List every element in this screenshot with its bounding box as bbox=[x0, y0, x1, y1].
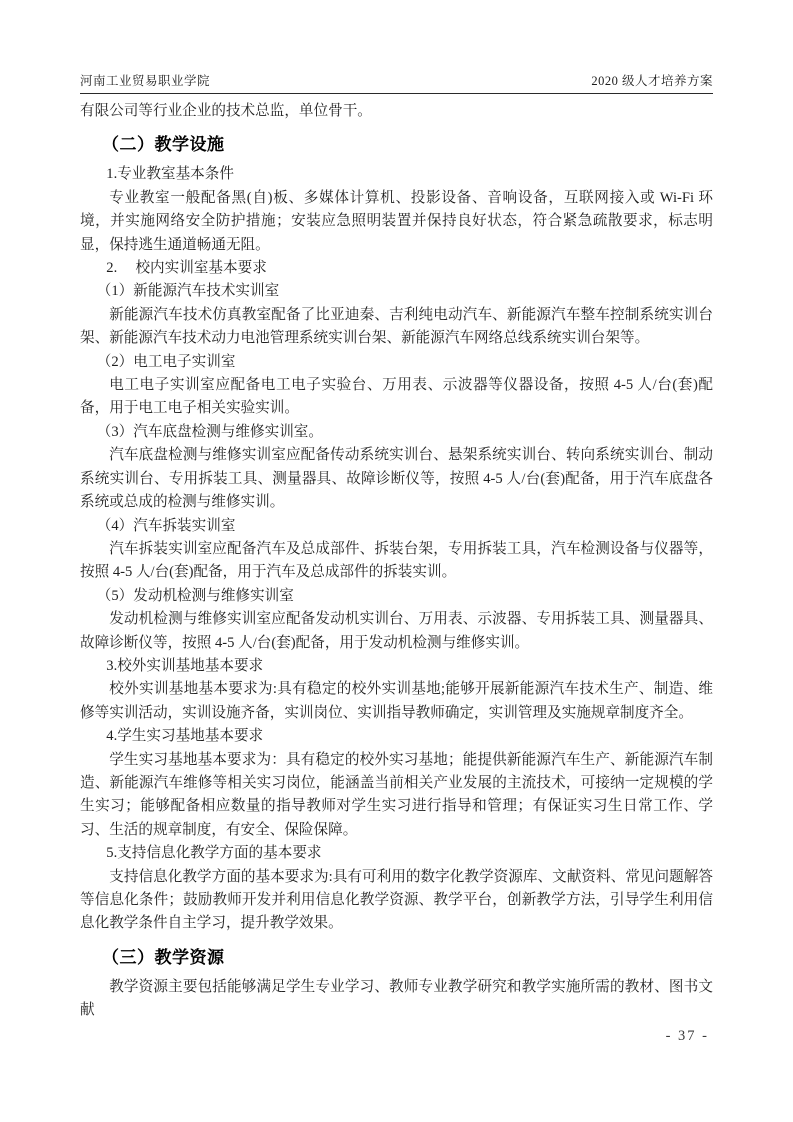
doc-paragraph-continued: 有限公司等行业企业的技术总监，单位骨干。 bbox=[80, 100, 713, 123]
list-item: 2. 校内实训室基本要求 bbox=[80, 257, 713, 280]
doc-paragraph: 专业教室一般配备黑(自)板、多媒体计算机、投影设备、音响设备，互联网接入或 Wi… bbox=[80, 187, 713, 257]
doc-paragraph: 校外实训基地基本要求为:具有稳定的校外实训基地;能够开展新能源汽车技术生产、制造… bbox=[80, 678, 713, 725]
header-school-name: 河南工业贸易职业学院 bbox=[80, 71, 210, 89]
doc-paragraph: 新能源汽车技术仿真教室配备了比亚迪秦、吉利纯电动汽车、新能源汽车整车控制系统实训… bbox=[80, 304, 713, 351]
list-item: 5.支持信息化教学方面的基本要求 bbox=[80, 842, 713, 865]
doc-paragraph: 电工电子实训室应配备电工电子实验台、万用表、示波器等仪器设备，按照 4-5 人/… bbox=[80, 374, 713, 421]
page-header: 河南工业贸易职业学院 2020 级人才培养方案 bbox=[80, 71, 713, 94]
doc-paragraph: 支持信息化教学方面的基本要求为:具有可利用的数字化教学资源库、文献资料、常见问题… bbox=[80, 866, 713, 936]
list-item: （2）电工电子实训室 bbox=[80, 351, 713, 374]
doc-paragraph: 汽车拆装实训室应配备汽车及总成部件、拆装台架，专用拆装工具，汽车检测设备与仪器等… bbox=[80, 538, 713, 585]
list-item: （3）汽车底盘检测与维修实训室。 bbox=[80, 421, 713, 444]
doc-paragraph: 学生实习基地基本要求为：具有稳定的校外实习基地；能提供新能源汽车生产、新能源汽车… bbox=[80, 749, 713, 843]
list-item: 1.专业教室基本条件 bbox=[80, 163, 713, 186]
header-document-title: 2020 级人才培养方案 bbox=[591, 71, 713, 89]
page-number: - 37 - bbox=[666, 1028, 709, 1044]
section-heading-teaching-resources: （三）教学资源 bbox=[80, 946, 713, 970]
doc-paragraph: 教学资源主要包括能够满足学生专业学习、教师专业教学研究和教学实施所需的教材、图书… bbox=[80, 976, 713, 1023]
doc-paragraph: 汽车底盘检测与维修实训室应配备传动系统实训台、悬架系统实训台、转向系统实训台、制… bbox=[80, 444, 713, 514]
list-item: 4.学生实习基地基本要求 bbox=[80, 725, 713, 748]
list-item: （5）发动机检测与维修实训室 bbox=[80, 585, 713, 608]
section-heading-teaching-facilities: （二）教学设施 bbox=[80, 133, 713, 157]
page-footer: - 37 - bbox=[666, 1028, 709, 1045]
list-item: 3.校外实训基地基本要求 bbox=[80, 655, 713, 678]
list-item: （4）汽车拆装实训室 bbox=[80, 515, 713, 538]
document-body: 有限公司等行业企业的技术总监，单位骨干。 （二）教学设施 1.专业教室基本条件 … bbox=[80, 100, 713, 1023]
list-item: （1）新能源汽车技术实训室 bbox=[80, 280, 713, 303]
document-page: 河南工业贸易职业学院 2020 级人才培养方案 有限公司等行业企业的技术总监，单… bbox=[0, 0, 793, 1122]
doc-paragraph: 发动机检测与维修实训室应配备发动机实训台、万用表、示波器、专用拆装工具、测量器具… bbox=[80, 608, 713, 655]
